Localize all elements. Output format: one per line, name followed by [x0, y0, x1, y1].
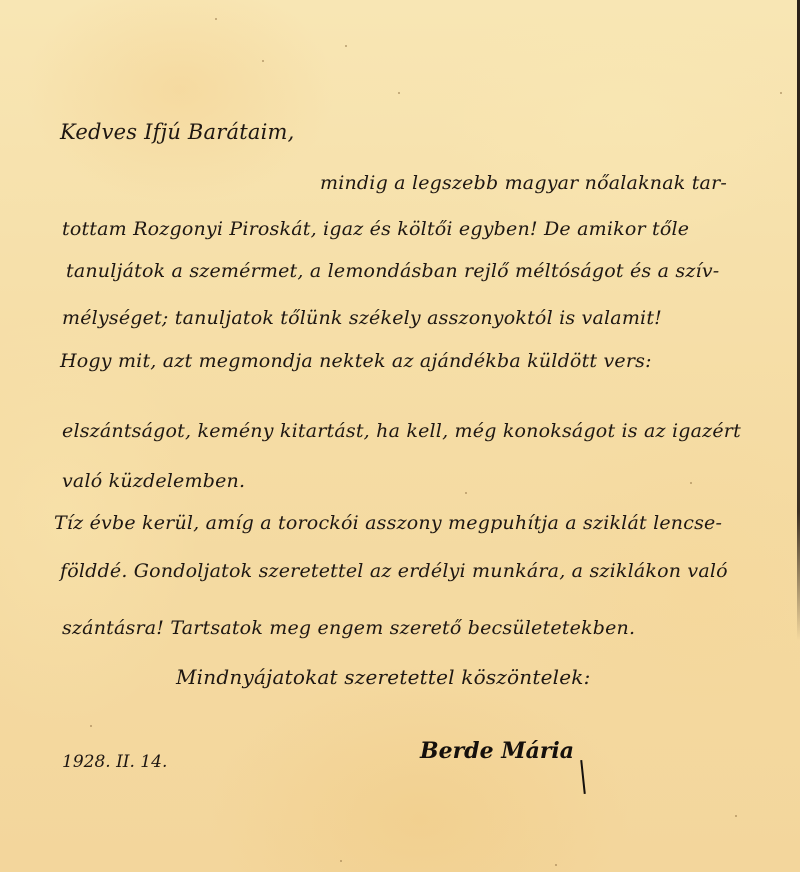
paper-speck: [90, 725, 92, 727]
letter-date: 1928. II. 14.: [62, 752, 167, 772]
paper-speck: [465, 492, 467, 494]
body-line: mindig a legszebb magyar nőalaknak tar-: [320, 172, 727, 194]
paper-speck: [262, 60, 264, 62]
body-line: Tíz évbe kerül, amíg a torockói asszony …: [54, 512, 722, 534]
body-line: szántásra! Tartsatok meg engem szerető b…: [62, 617, 635, 639]
body-line: földdé. Gondoljatok szeretettel az erdél…: [60, 560, 728, 582]
salutation: Kedves Ifjú Barátaim,: [60, 120, 295, 144]
signature-flourish: [580, 760, 586, 794]
paper-speck: [398, 92, 400, 94]
paper-speck: [780, 92, 782, 94]
closing-line: Mindnyájatokat szeretettel köszöntelek:: [176, 665, 591, 689]
paper-speck: [340, 860, 342, 862]
paper-speck: [215, 18, 217, 20]
paper-speck: [345, 45, 347, 47]
paper-speck: [555, 864, 557, 866]
paper-speck: [690, 482, 692, 484]
body-line: tanuljátok a szemérmet, a lemondásban re…: [66, 260, 719, 282]
body-line: elszántságot, kemény kitartást, ha kell,…: [62, 420, 741, 442]
letter-page: Kedves Ifjú Barátaim, mindig a legszebb …: [0, 0, 800, 872]
body-line: tottam Rozgonyi Piroskát, igaz és költői…: [62, 218, 689, 240]
body-line: való küzdelemben.: [62, 470, 245, 492]
signature: Berde Mária: [420, 738, 574, 764]
body-line: mélységet; tanuljatok tőlünk székely ass…: [62, 307, 662, 329]
body-line: Hogy mit, azt megmondja nektek az ajándé…: [60, 350, 652, 372]
paper-speck: [735, 815, 737, 817]
